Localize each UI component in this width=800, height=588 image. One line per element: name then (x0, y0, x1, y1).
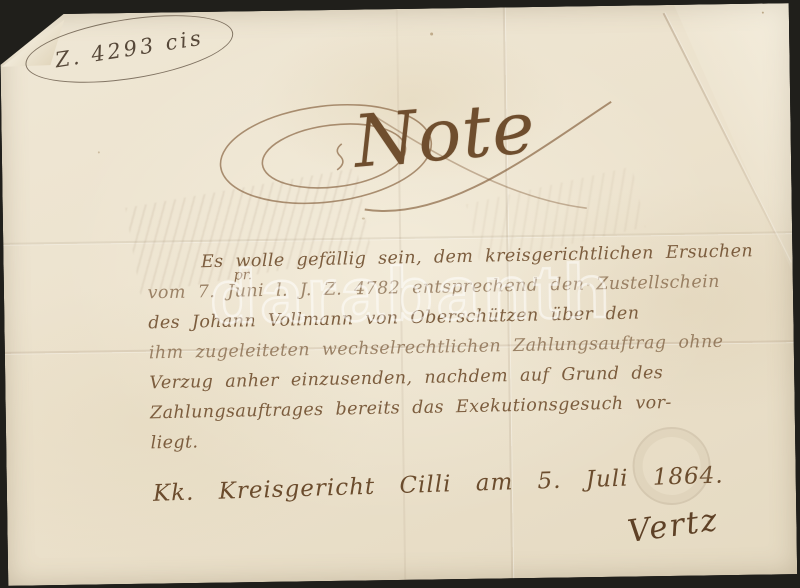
document-photo: Z. 4293 cis Note pr. Es wolle gefällig s… (0, 0, 800, 588)
dateline: Kk. Kreisgericht Cilli am 5. Juli 1864. (153, 462, 754, 507)
corner-fold-shading (649, 3, 793, 275)
signature: Vertz (625, 502, 721, 550)
document-title: Note (351, 91, 538, 178)
body-paragraph: Es wolle gefällig sein, dem kreisgericht… (147, 236, 787, 459)
foxing-speck (98, 151, 100, 153)
foxing-speck (430, 32, 433, 35)
registry-number-oval: Z. 4293 cis (21, 3, 238, 95)
title-group: Note (213, 88, 615, 224)
paper-sheet: Z. 4293 cis Note pr. Es wolle gefällig s… (0, 3, 797, 586)
registry-number-text: Z. 4293 cis (53, 26, 205, 73)
foxing-speck (762, 12, 764, 14)
diagonal-fold-crease (663, 13, 791, 264)
pencil-check-stroke (11, 19, 40, 42)
